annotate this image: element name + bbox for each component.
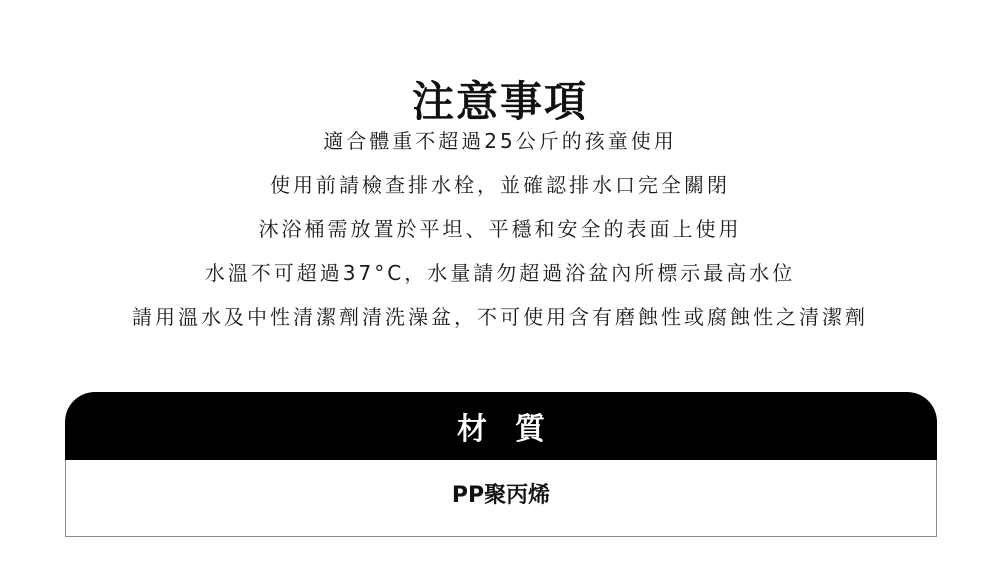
- material-header-label: 材質: [429, 404, 573, 448]
- precautions-list: 適合體重不超過25公斤的孩童使用 使用前請檢查排水栓，並確認排水口完全關閉 沐浴…: [0, 124, 1000, 344]
- precaution-item: 使用前請檢查排水栓，並確認排水口完全關閉: [0, 168, 1000, 212]
- material-value: PP聚丙烯: [452, 478, 550, 509]
- material-body: PP聚丙烯: [65, 460, 937, 537]
- material-header: 材質: [65, 392, 937, 460]
- precaution-item: 請用溫水及中性清潔劑清洗澡盆，不可使用含有磨蝕性或腐蝕性之清潔劑: [0, 300, 1000, 344]
- precaution-item: 水溫不可超過37°C，水量請勿超過浴盆內所標示最高水位: [0, 256, 1000, 300]
- precaution-item: 沐浴桶需放置於平坦、平穩和安全的表面上使用: [0, 212, 1000, 256]
- material-table: 材質 PP聚丙烯: [65, 392, 937, 537]
- precaution-item: 適合體重不超過25公斤的孩童使用: [0, 124, 1000, 168]
